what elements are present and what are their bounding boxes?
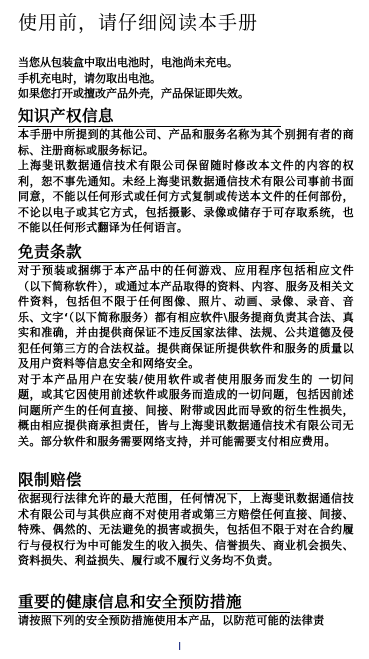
section-limitation-of-liability: 限制赔偿 依据现行法律允许的最大范围，任何情况下，上海斐讯数据通信技术有限公司与…: [18, 471, 354, 569]
section-heading: 知识产权信息: [18, 107, 281, 127]
notice-line: 当您从包装盒中取出电池时，电池尚未充电。: [18, 55, 354, 71]
section-body: 请按照下列的安全预防措施使用本产品，以防范可能的法律责: [18, 613, 354, 629]
section-body: 本手册中所提到的其他公司、产品和服务名称为其个别拥有者的商标、注册商标或服务标记…: [18, 127, 354, 236]
battery-notice: 当您从包装盒中取出电池时，电池尚未充电。 手机充电时，请勿取出电池。 如果您打开…: [18, 55, 354, 102]
paragraph: 请按照下列的安全预防措施使用本产品，以防范可能的法律责: [18, 613, 354, 629]
section-body: 依据现行法律允许的最大范围，任何情况下，上海斐讯数据通信技术有限公司与其供应商不…: [18, 491, 354, 569]
section-body: 对于预装或捆绑于本产品中的任何游戏、应用程序包括相应文件（以下简称软件），或通过…: [18, 263, 354, 449]
document-title: 使用前，请仔细阅读本手册: [18, 10, 258, 36]
notice-line: 手机充电时，请勿取出电池。: [18, 71, 354, 87]
section-disclaimer: 免责条款 对于预装或捆绑于本产品中的任何游戏、应用程序包括相应文件（以下简称软件…: [18, 243, 354, 449]
page-number: I: [178, 640, 181, 653]
paragraph: 上海斐讯数据通信技术有限公司保留随时修改本文件的内容的权利，恕不事先通知。未经上…: [18, 158, 354, 236]
section-heading: 限制赔偿: [18, 471, 290, 491]
paragraph: 对于预装或捆绑于本产品中的任何游戏、应用程序包括相应文件（以下简称软件），或通过…: [18, 263, 354, 372]
paragraph: 对于本产品用户在安装/使用软件或者使用服务而发生的 一切问题，或其它因使用前述软…: [18, 372, 354, 450]
section-intellectual-property: 知识产权信息 本手册中所提到的其他公司、产品和服务名称为其个别拥有者的商标、注册…: [18, 107, 354, 236]
section-heading: 免责条款: [18, 243, 315, 263]
section-health-safety: 重要的健康信息和安全预防措施 请按照下列的安全预防措施使用本产品，以防范可能的法…: [18, 593, 354, 629]
paragraph: 本手册中所提到的其他公司、产品和服务名称为其个别拥有者的商标、注册商标或服务标记…: [18, 127, 354, 158]
paragraph: 依据现行法律允许的最大范围，任何情况下，上海斐讯数据通信技术有限公司与其供应商不…: [18, 491, 354, 569]
section-heading: 重要的健康信息和安全预防措施: [18, 593, 290, 613]
notice-line: 如果您打开或擅改产品外壳，产品保证即失效。: [18, 86, 354, 102]
